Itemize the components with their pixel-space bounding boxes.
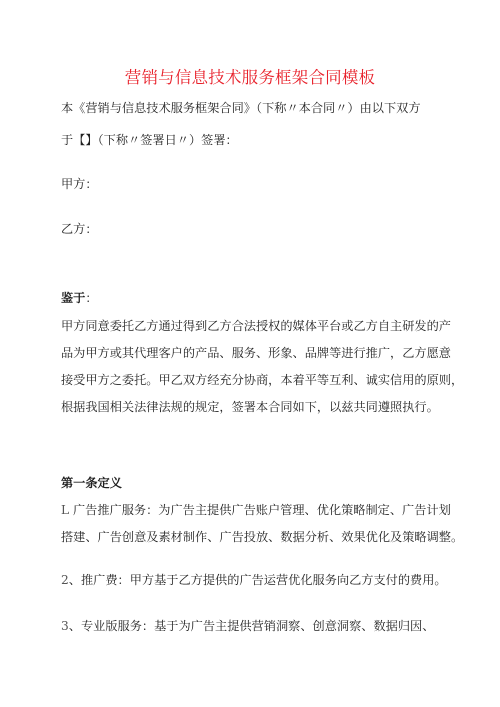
intro-line-1: 本《营销与信息技术服务框架合同》（下称〃本合同〃）由以下双方	[61, 100, 421, 116]
whereas-heading-colon: ：	[85, 291, 97, 305]
definition-item-1-text: 广告推广服务：为广告主提供广告账户管理、优化策略制定、广告计划	[69, 503, 451, 517]
definition-item-1-line-2: 搭建、广告创意及素材制作、广告投放、数据分析、效果优化及策略调整。	[61, 529, 463, 545]
definition-item-3: 3、专业版服务：基于为广告主提供营销洞察、创意洞察、数据归因、	[61, 618, 434, 634]
party-b-label: 乙方：	[61, 221, 98, 237]
definition-item-3-text: 、专业版服务：基于为广告主提供营销洞察、创意洞察、数据归因、	[69, 619, 435, 633]
intro-line-2: 于【】（下称〃签署日〃）签署：	[61, 132, 238, 148]
party-a-label: 甲方：	[61, 176, 98, 192]
whereas-line-4: 根据我国相关法律法规的规定，签署本合同如下，以兹共同遵照执行。	[61, 399, 439, 415]
definition-item-2-text: 、推广费：甲方基于乙方提供的广告运营优化服务向乙方支付的费用。	[69, 573, 447, 587]
document-page: 营销与信息技术服务框架合同模板 本《营销与信息技术服务框架合同》（下称〃本合同〃…	[0, 0, 500, 707]
whereas-line-3: 接受甲方之委托。甲乙双方经充分协商，本着平等互利、诚实信用的原则，	[61, 372, 463, 388]
definition-item-3-number: 3	[61, 619, 69, 633]
definition-item-2-number: 2	[61, 573, 69, 587]
definition-item-1-number: L	[61, 503, 69, 517]
whereas-heading: 鉴于：	[61, 290, 98, 306]
whereas-heading-text: 鉴于	[61, 291, 85, 305]
article-1-heading: 第一条定义	[61, 475, 122, 491]
whereas-line-1: 甲方同意委托乙方通过得到乙方合法授权的媒体平台或乙方自主研发的产	[61, 318, 451, 334]
definition-item-1-line-1: L 广告推广服务：为广告主提供广告账户管理、优化策略制定、广告计划	[61, 502, 451, 518]
whereas-line-2: 品为甲方或其代理客户的产品、服务、形象、品牌等进行推广，乙方愿意	[61, 345, 451, 361]
definition-item-2: 2、推广费：甲方基于乙方提供的广告运营优化服务向乙方支付的费用。	[61, 572, 447, 588]
document-title: 营销与信息技术服务框架合同模板	[0, 68, 500, 88]
